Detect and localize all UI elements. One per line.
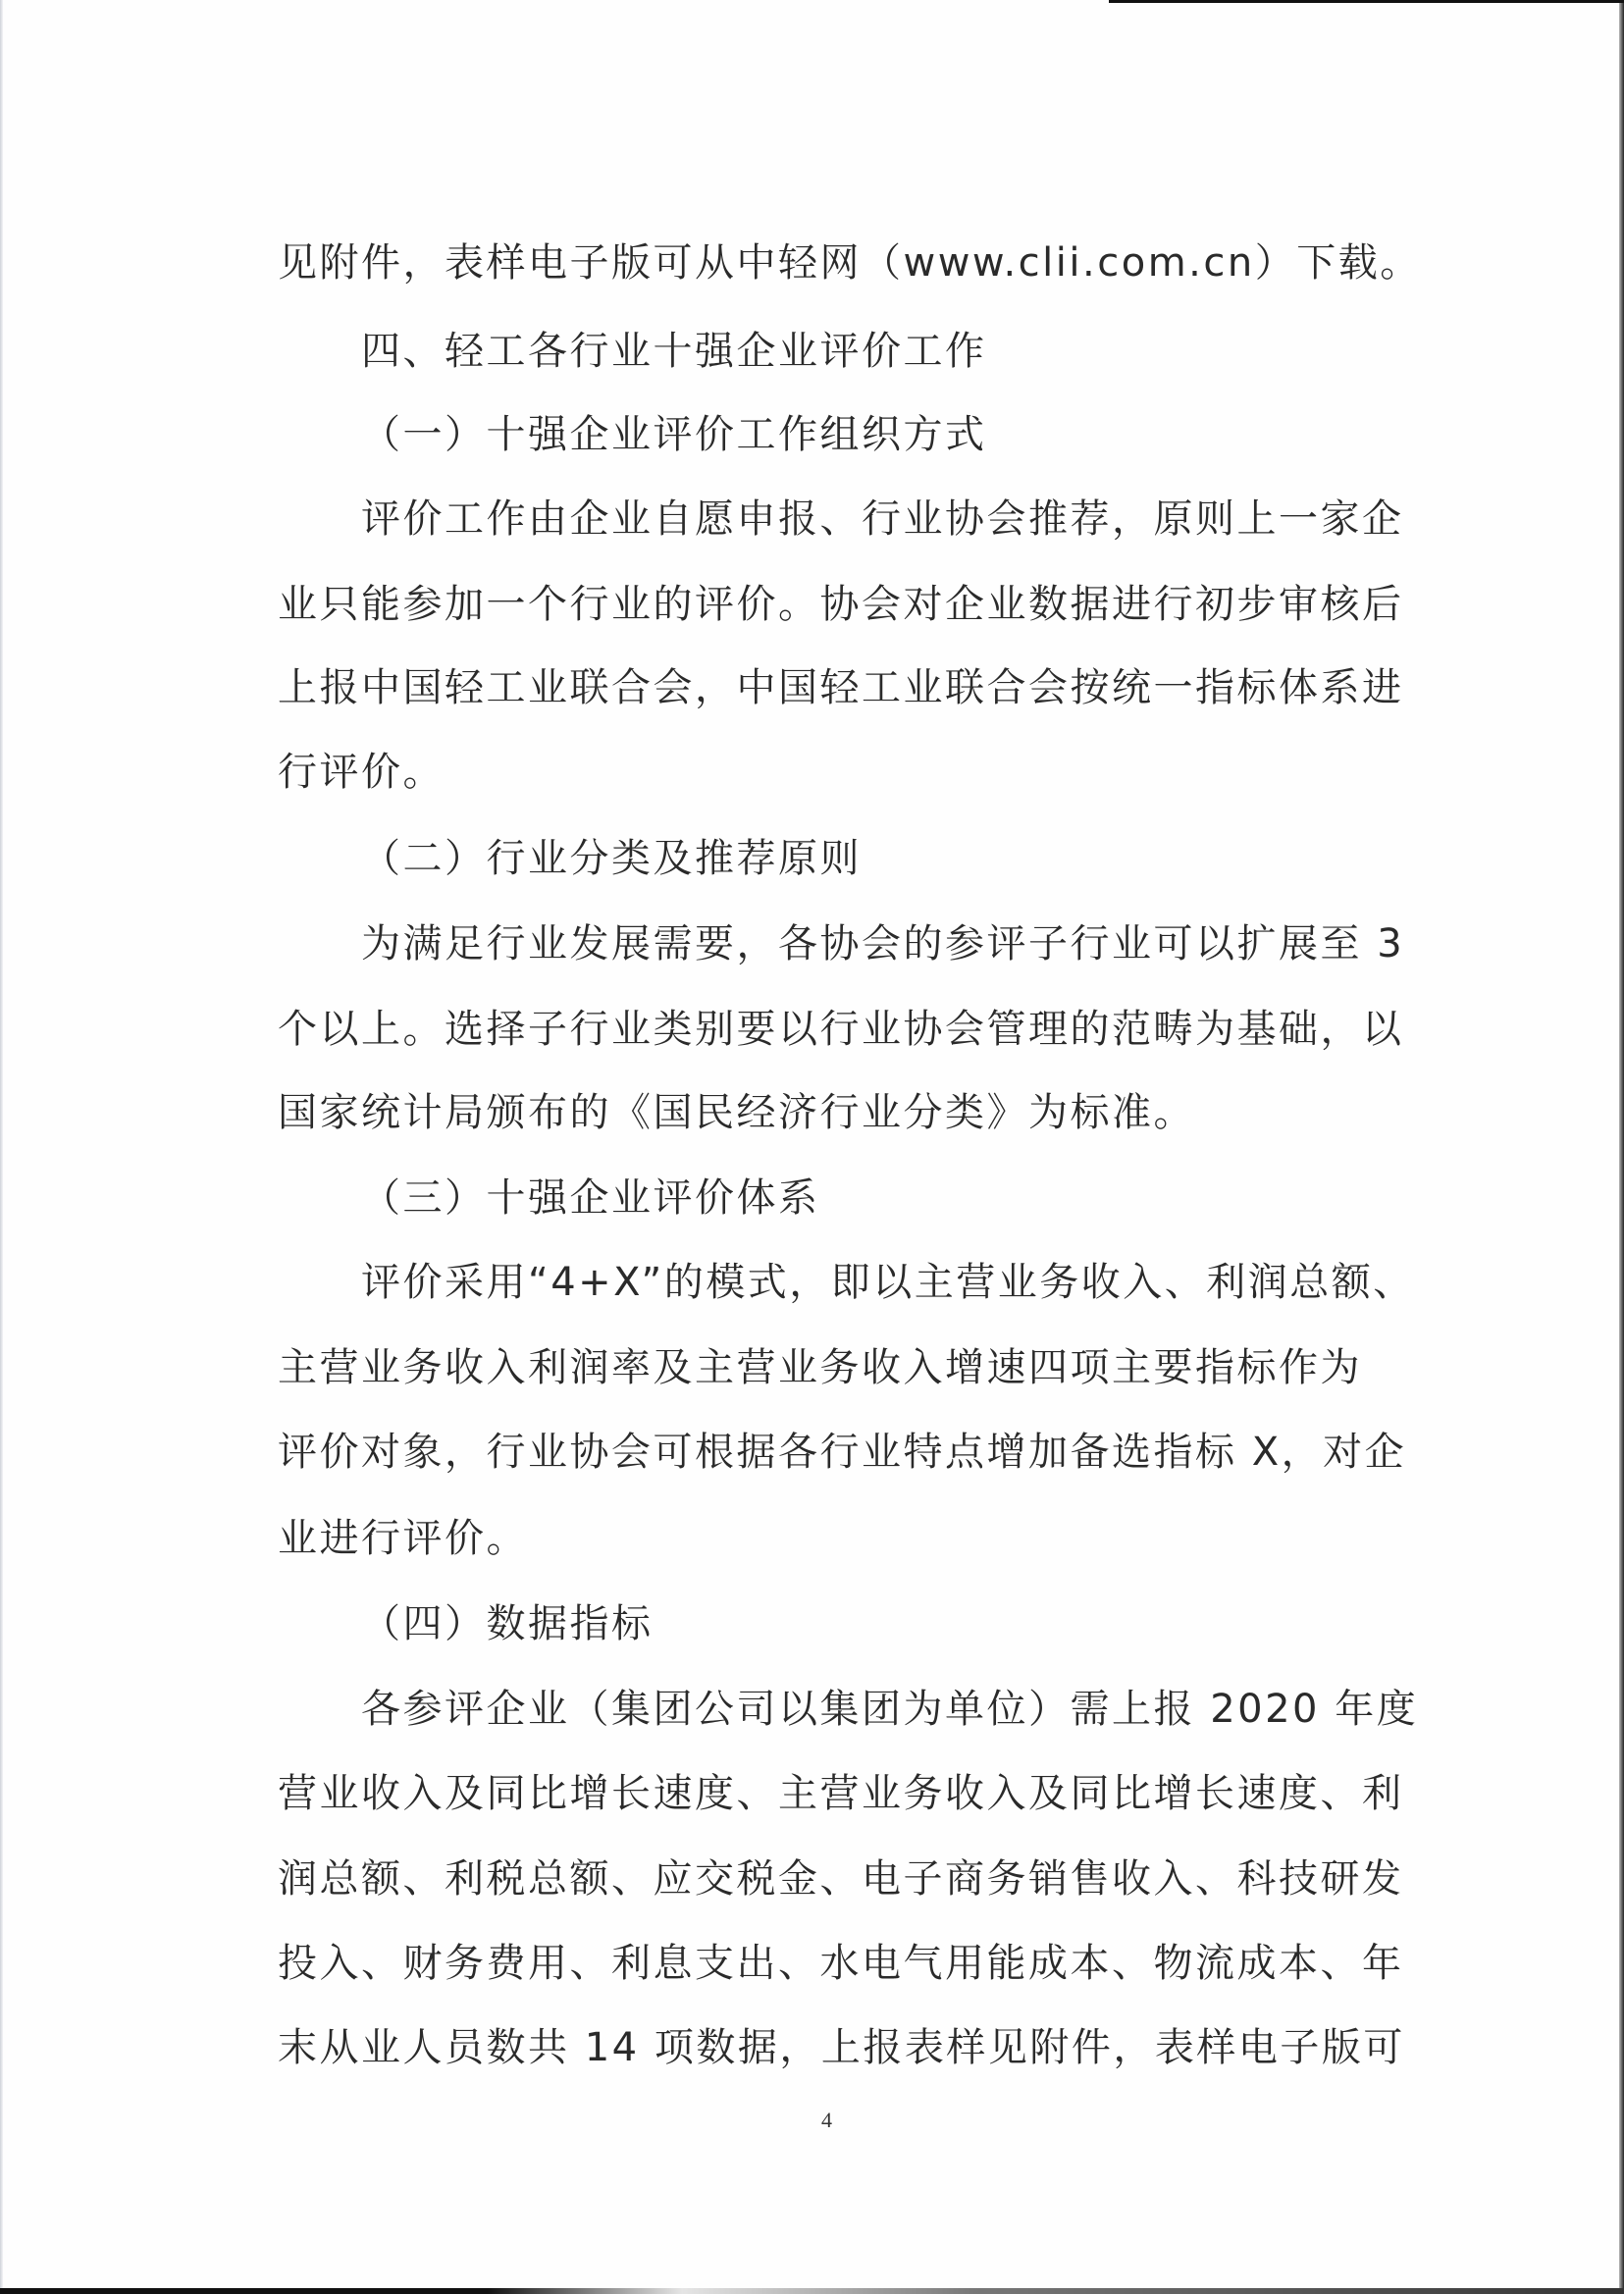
paragraph-line: 上报中国轻工业联合会，中国轻工业联合会按统一指标体系进 [278, 658, 1404, 717]
paragraph-line: 各参评企业（集团公司以集团为单位）需上报 2020 年度 [361, 1680, 1418, 1739]
subheading-data-indicators: （四）数据指标 [361, 1594, 654, 1653]
body-line-download-link: 见附件，表样电子版可从中轻网（www.clii.com.cn）下载。 [278, 234, 1422, 292]
paragraph-line: 为满足行业发展需要，各协会的参评子行业可以扩展至 3 [361, 914, 1404, 973]
paragraph-line: 评价对象，行业协会可根据各行业特点增加备选指标 X，对企 [278, 1423, 1406, 1482]
paragraph-line: 评价采用“4+X”的模式，即以主营业务收入、利润总额、 [361, 1253, 1415, 1312]
paragraph-line: 末从业人员数共 14 项数据，上报表样见附件，表样电子版可 [278, 2018, 1405, 2077]
section-heading-top-ten-evaluation: 四、轻工各行业十强企业评价工作 [361, 322, 987, 381]
subheading-evaluation-system: （三）十强企业评价体系 [361, 1169, 820, 1227]
scan-edge-left [0, 0, 3, 2294]
subheading-organization-method: （一）十强企业评价工作组织方式 [361, 405, 987, 464]
subheading-classification-principles: （二）行业分类及推荐原则 [361, 829, 862, 888]
scan-edge-right [1619, 0, 1624, 2294]
paragraph-line: 主营业务收入利润率及主营业务收入增速四项主要指标作为 [278, 1338, 1362, 1397]
page-number: 4 [821, 2108, 832, 2133]
scan-edge-bottom [0, 2288, 1624, 2294]
scan-edge-top [1109, 0, 1624, 3]
paragraph-line: 业只能参加一个行业的评价。协会对企业数据进行初步审核后 [278, 575, 1404, 634]
paragraph-line: 营业收入及同比增长速度、主营业务收入及同比增长速度、利 [278, 1764, 1404, 1823]
document-page: 见附件，表样电子版可从中轻网（www.clii.com.cn）下载。 四、轻工各… [0, 0, 1624, 2294]
paragraph-line: 润总额、利税总额、应交税金、电子商务销售收入、科技研发 [278, 1850, 1404, 1908]
paragraph-line: 评价工作由企业自愿申报、行业协会推荐，原则上一家企 [361, 490, 1404, 548]
paragraph-line: 投入、财务费用、利息支出、水电气用能成本、物流成本、年 [278, 1934, 1404, 1993]
paragraph-line: 个以上。选择子行业类别要以行业协会管理的范畴为基础，以 [278, 1000, 1404, 1059]
paragraph-line: 业进行评价。 [278, 1509, 528, 1568]
paragraph-line: 国家统计局颁布的《国民经济行业分类》为标准。 [278, 1083, 1195, 1142]
paragraph-line: 行评价。 [278, 743, 445, 802]
